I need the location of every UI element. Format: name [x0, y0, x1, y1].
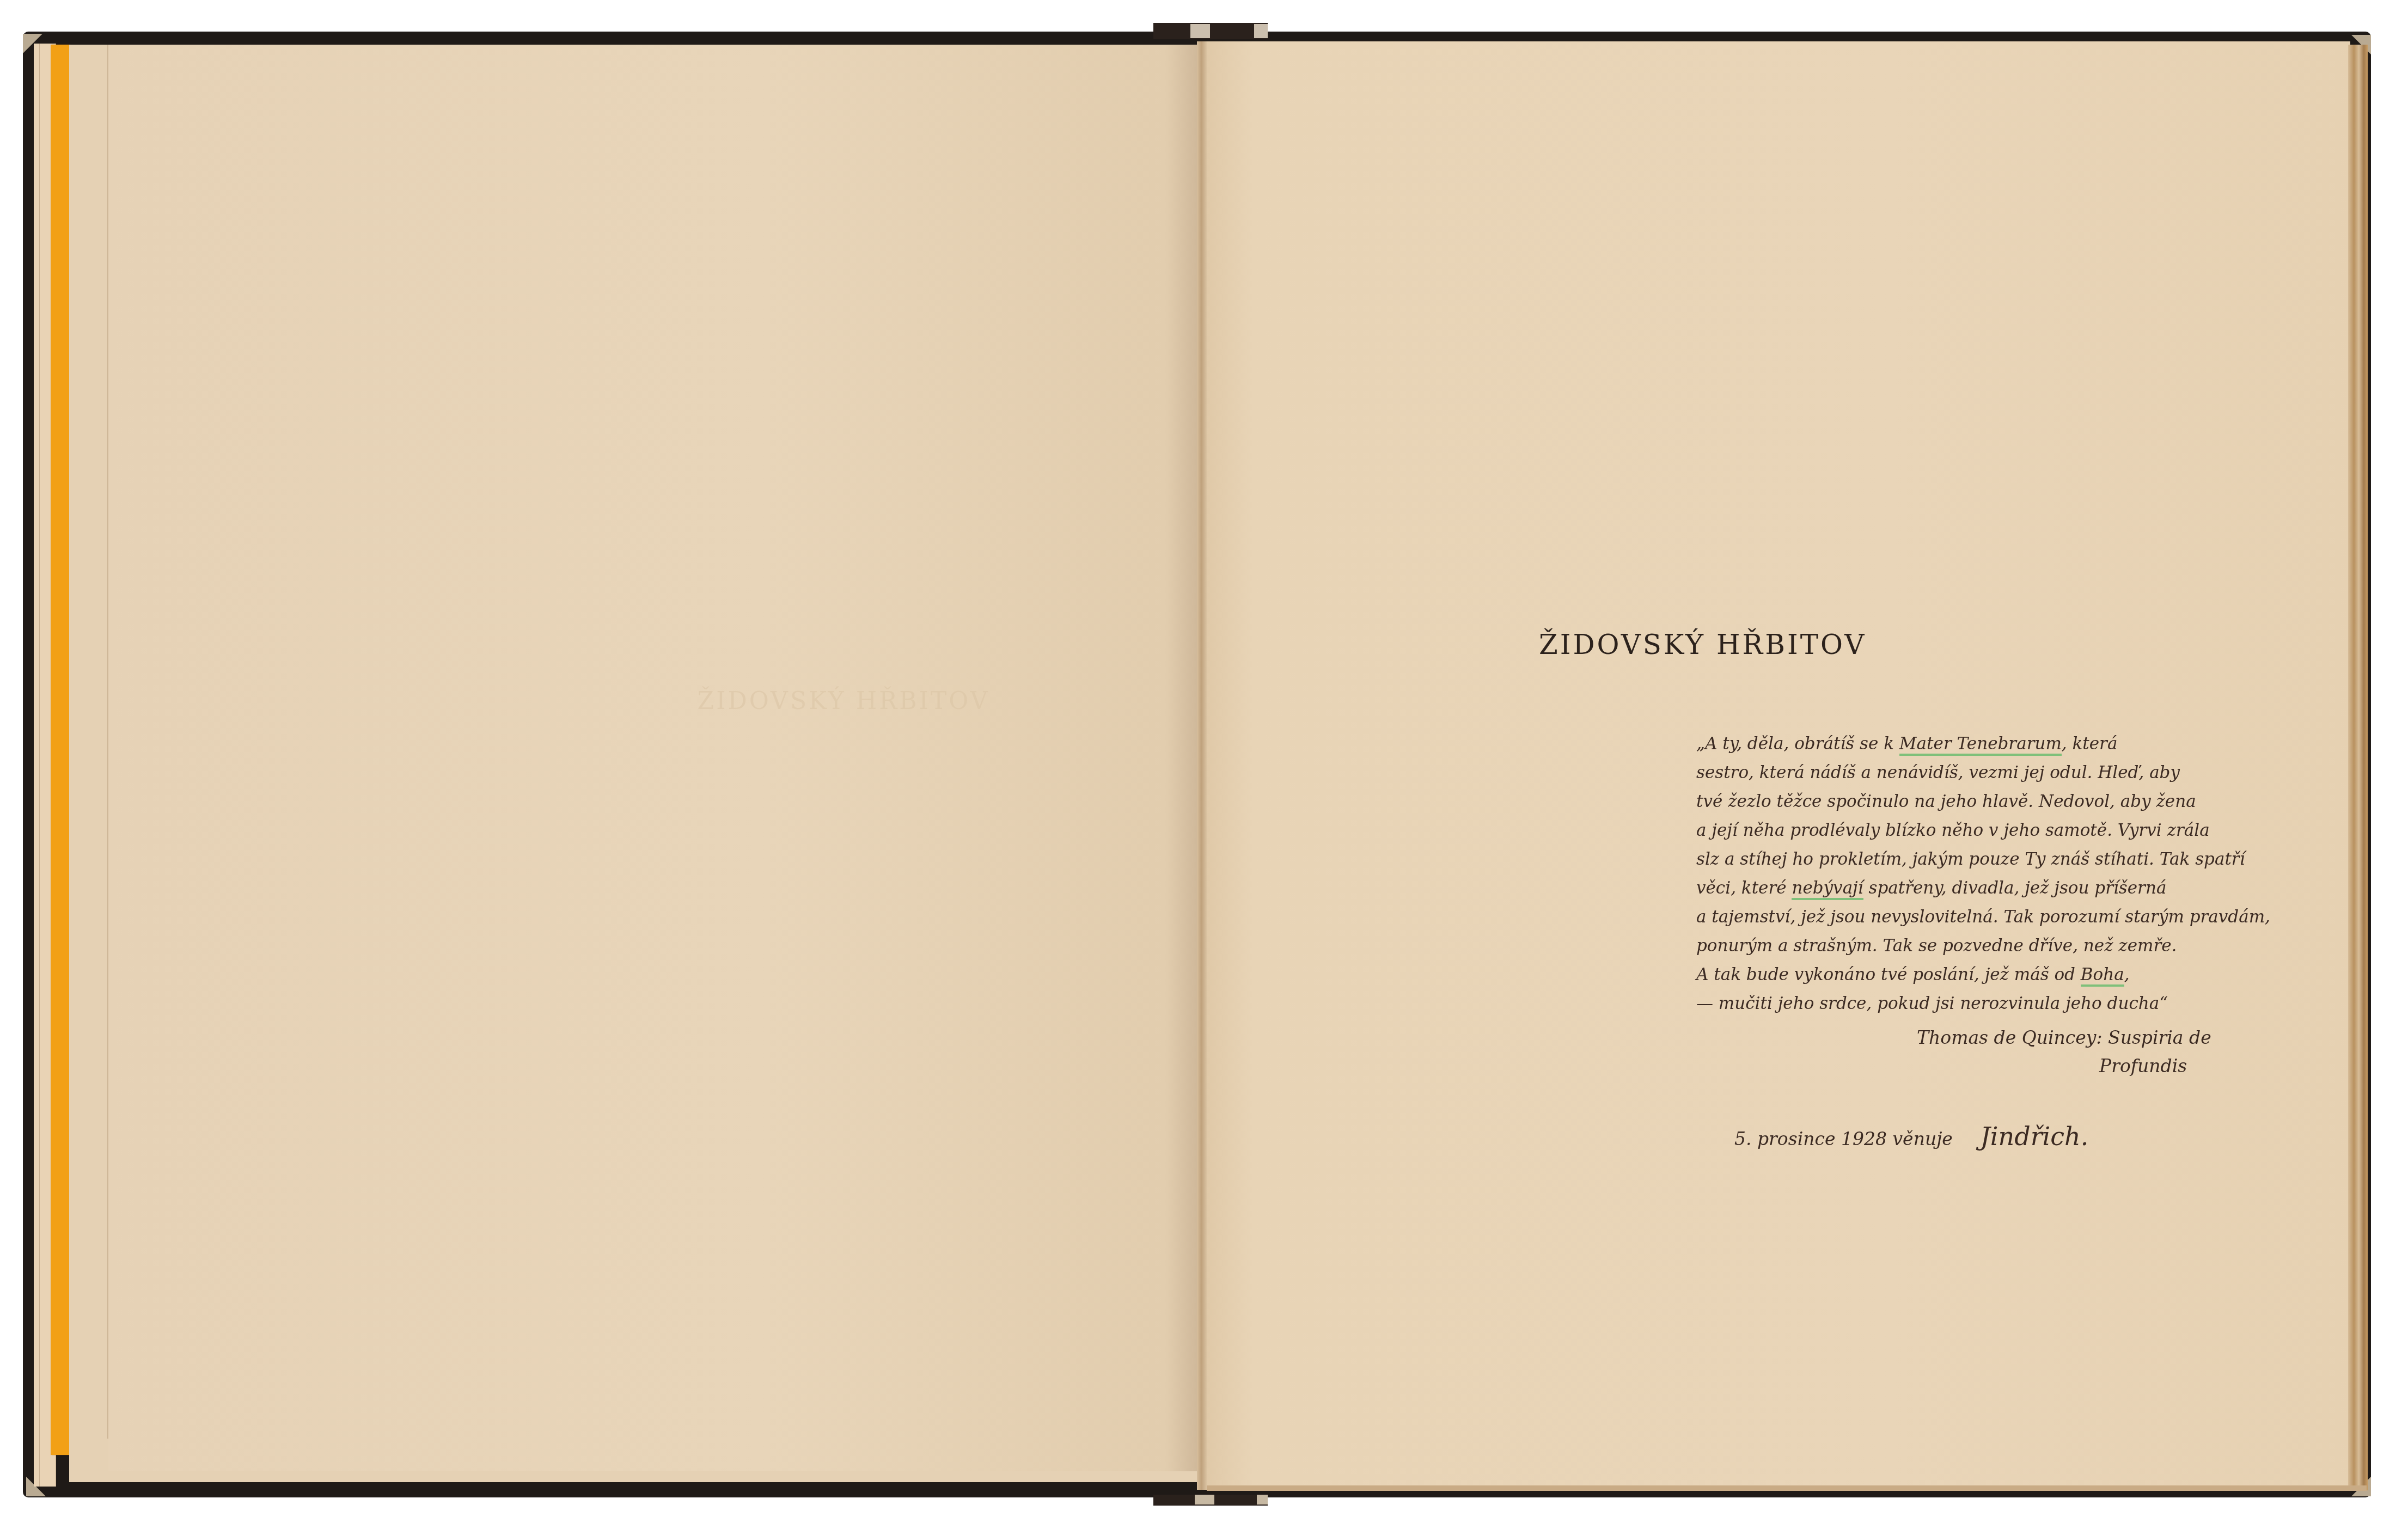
underlined-phrase: nebývají: [1792, 878, 1863, 900]
quote-line: tvé žezlo těžce spočinulo na jeho hlavě.…: [1696, 787, 2344, 816]
quote-text: věci, které: [1696, 878, 1792, 898]
quote-line: a tajemství, jež jsou nevyslovitelná. Ta…: [1696, 903, 2344, 932]
quote-text: A tak bude vykonáno tvé poslání, jež máš…: [1696, 965, 2081, 984]
spine-top: [1153, 23, 1268, 39]
spine-bottom: [1153, 1495, 1268, 1506]
left-page-surface: ŽIDOVSKÝ HŘBITOV: [108, 45, 1198, 1471]
right-page-edges: [2348, 45, 2368, 1490]
quote-line: slz a stíhej ho prokletím, jakým pouze T…: [1696, 845, 2344, 874]
spine-tape: [1190, 24, 1210, 38]
quote-text: „A ty, děla, obrátíš se k: [1696, 734, 1899, 754]
dedication: 5. prosince 1928 věnuje Jindřich.: [1734, 1122, 2088, 1151]
attribution-author: Thomas de Quincey:: [1917, 1027, 2103, 1048]
quote-text: a tajemství, jež jsou nevyslovitelná. Ta…: [1696, 907, 2270, 927]
quote-text: , která: [2062, 734, 2118, 754]
signature: Jindřich.: [1980, 1122, 2088, 1151]
quote-attribution: Thomas de Quincey: Suspiria de Profundis: [1917, 1024, 2211, 1080]
underlined-phrase: Mater Tenebrarum: [1899, 734, 2062, 756]
dedication-text: 5. prosince 1928 věnuje: [1734, 1128, 1953, 1149]
quote-text: tvé žezlo těžce spočinulo na jeho hlavě.…: [1696, 792, 2196, 811]
quote-line: „A ty, děla, obrátíš se k Mater Tenebrar…: [1696, 730, 2344, 759]
quote-line: věci, které nebývají spatřeny, divadla, …: [1696, 874, 2344, 903]
quote-text: — mučiti jeho srdce, pokud jsi nerozvinu…: [1696, 994, 2168, 1013]
attribution-work: Suspiria de: [2108, 1027, 2211, 1048]
spine-tape: [1254, 24, 1268, 38]
quote-text: spatřeny, divadla, jež jsou příšerná: [1863, 878, 2167, 898]
attribution-work-continued: Profundis: [1917, 1052, 2211, 1080]
quote-line: — mučiti jeho srdce, pokud jsi nerozvinu…: [1696, 989, 2344, 1018]
show-through-title: ŽIDOVSKÝ HŘBITOV: [653, 687, 1034, 715]
quote-line: sestro, která nádíš a nenávidíš, vezmi j…: [1696, 759, 2344, 787]
orange-edge-strip: [51, 45, 69, 1455]
quote-text: sestro, která nádíš a nenávidíš, vezmi j…: [1696, 763, 2180, 782]
quote-text: ponurým a strašným. Tak se pozvedne dřív…: [1696, 936, 2177, 956]
spine-tape: [1195, 1495, 1214, 1504]
handwritten-quote: „A ty, děla, obrátíš se k Mater Tenebrar…: [1696, 730, 2344, 1018]
page-title: ŽIDOVSKÝ HŘBITOV: [1539, 629, 1866, 660]
quote-line: a její něha prodlévaly blízko něho v jeh…: [1696, 816, 2344, 845]
quote-line: A tak bude vykonáno tvé poslání, jež máš…: [1696, 961, 2344, 989]
left-page: ŽIDOVSKÝ HŘBITOV: [69, 45, 1198, 1482]
right-page-bottom-edge: [1207, 1485, 2367, 1491]
quote-line: ponurým a strašným. Tak se pozvedne dřív…: [1696, 932, 2344, 961]
quote-text: a její něha prodlévaly blízko něho v jeh…: [1696, 821, 2210, 840]
underlined-phrase: Boha: [2081, 965, 2124, 987]
quote-text: slz a stíhej ho prokletím, jakým pouze T…: [1696, 849, 2245, 869]
book-gutter: [1197, 41, 1207, 1490]
spine-tape: [1257, 1495, 1268, 1504]
quote-text: ,: [2124, 965, 2130, 984]
